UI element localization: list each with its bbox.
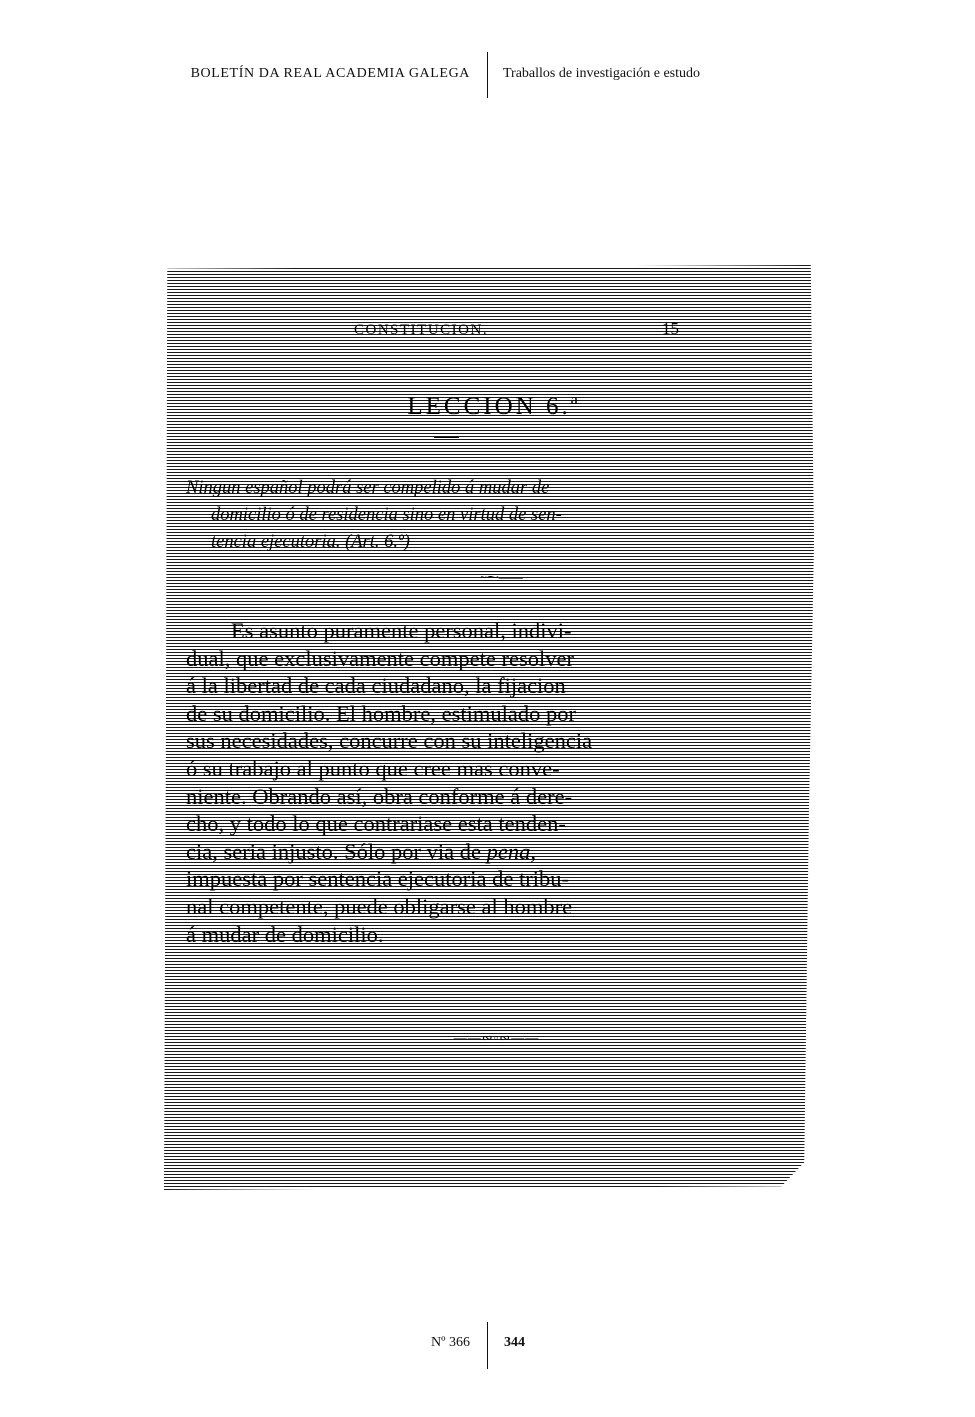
lesson-summary: Ningun español podrá ser compelido á mud… [186, 475, 716, 556]
ornament-divider-icon: ~⁓—— [164, 570, 814, 585]
title-rule [434, 437, 459, 438]
body-line: ó su trabajo al punto que cree mas conve… [186, 755, 711, 783]
body-line: Es asunto puramente personal, indivi- [186, 617, 711, 645]
body-text: cia, seria injusto. Sólo por via de [186, 839, 487, 864]
journal-title: BOLETÍN DA REAL ACADEMIA GALEGA [191, 66, 470, 82]
header-divider [487, 52, 488, 98]
footer-divider [487, 1322, 488, 1369]
body-line: nal competente, puede obligarse al hombr… [186, 893, 711, 921]
running-header: BOLETÍN DA REAL ACADEMIA GALEGA Traballo… [0, 52, 975, 100]
body-line: impuesta por sentencia ejecutoria de tri… [186, 865, 711, 893]
summary-line: Ningun español podrá ser compelido á mud… [186, 475, 716, 502]
scanned-page-content: CONSTITUCION. 15 LECCION 6.ª Ningun espa… [164, 265, 814, 1190]
body-line: á mudar de domicilio. [186, 921, 711, 949]
italic-word: pena, [487, 839, 536, 864]
scanned-page-image: CONSTITUCION. 15 LECCION 6.ª Ningun espa… [164, 265, 814, 1190]
summary-line: tencia ejecutoria. (Art. 6.º) [186, 529, 716, 556]
body-line-with-italic: cia, seria injusto. Sólo por via de pena… [186, 838, 711, 866]
summary-line: domicilio ó de residencia sino en virtud… [186, 502, 716, 529]
scan-running-head: CONSTITUCION. [354, 322, 488, 339]
body-line: sus necesidades, concurre con su intelig… [186, 727, 711, 755]
body-line: de su domicilio. El hombre, estimulado p… [186, 700, 711, 728]
page-number: 344 [504, 1335, 525, 1351]
scan-page-number: 15 [662, 319, 679, 339]
ornament-end-icon: ——∾◦∾—— [164, 1030, 814, 1046]
page-footer: Nº 366 344 [0, 1322, 975, 1370]
body-line: cho, y todo lo que contrariase esta tend… [186, 810, 711, 838]
body-line: niente. Obrando así, obra conforme á der… [186, 783, 711, 811]
body-line: dual, que exclusivamente compete resolve… [186, 645, 711, 673]
body-line: á la libertad de cada ciudadano, la fija… [186, 672, 711, 700]
lesson-body: Es asunto puramente personal, indivi- du… [186, 617, 711, 948]
section-title: Traballos de investigación e estudo [503, 66, 700, 82]
lesson-title: LECCION 6.ª [164, 393, 814, 421]
issue-number: Nº 366 [431, 1335, 470, 1351]
